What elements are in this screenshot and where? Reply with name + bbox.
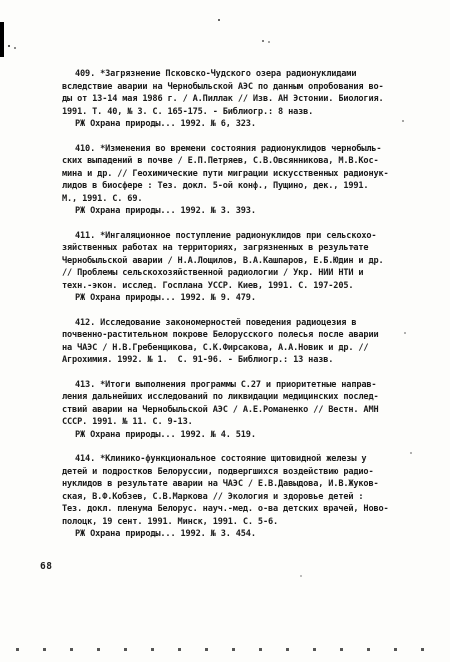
entry-line: ская, В.Ф.Кобзев, С.В.Маркова // Экологи… [62,491,398,504]
scan-artifact-bottom-dots [16,648,440,651]
bibliography-entry-409: 409. *Загрязнение Псковско-Чудского озер… [62,68,398,131]
entry-line: Тез. докл. пленума Белорус. науч.-мед. о… [62,503,398,516]
entry-line: ствий аварии на Чернобыльской АЭС / А.Е.… [62,404,398,417]
abstract-journal-ref-line: РЖ Охрана природы... 1992. № 6, 323. [62,118,398,131]
entry-line: 410. *Изменения во времени состояния рад… [62,143,398,156]
abstract-journal-ref-line: РЖ Охрана природы... 1992. № 9. 479. [62,292,398,305]
entry-line: почвенно-растительном покрове Белорусско… [62,329,398,342]
entry-line: ды от 13-14 мая 1986 г. / А.Пиллак // Из… [62,93,398,106]
entry-line: ских выпадений в почве / Е.П.Петряев, С.… [62,155,398,168]
entry-line: 411. *Ингаляционное поступление радионук… [62,230,398,243]
scan-artifact-specks [0,0,2,2]
entry-line: детей и подростков Белоруссии, подвергши… [62,466,398,479]
entry-line: Агрохимия. 1992. № 1. С. 91-96. - Библио… [62,354,398,367]
bibliography-list: 409. *Загрязнение Псковско-Чудского озер… [62,68,398,553]
entry-line: техн.-экон. исслед. Госплана УССР. Киев,… [62,280,398,293]
entry-line: М., 1991. С. 69. [62,193,398,206]
bibliography-entry-413: 413. *Итоги выполнения программы С.27 и … [62,379,398,442]
scanned-bibliography-page: 409. *Загрязнение Псковско-Чудского озер… [0,0,450,662]
entry-line: полоцк, 19 сент. 1991. Минск, 1991. С. 5… [62,516,398,529]
entry-line: ления дальнейших исследований по ликвида… [62,391,398,404]
entry-line: 414. *Клинико-функциональное состояние щ… [62,453,398,466]
entry-line: вследствие аварии на Чернобыльской АЭС п… [62,81,398,94]
entry-line: зяйственных работах на территориях, загр… [62,242,398,255]
bibliography-entry-414: 414. *Клинико-функциональное состояние щ… [62,453,398,541]
entry-line: Чернобыльской аварии / Н.А.Лощилов, В.А.… [62,255,398,268]
entry-line: нуклидов в результате аварии на ЧАЭС / Е… [62,478,398,491]
entry-line: 409. *Загрязнение Псковско-Чудского озер… [62,68,398,81]
entry-line: на ЧАЭС / Н.В.Гребенщикова, С.К.Фирсаков… [62,342,398,355]
page-number: 68 [40,561,52,572]
bibliography-entry-411: 411. *Ингаляционное поступление радионук… [62,230,398,305]
entry-line: мина и др. // Геохимические пути миграци… [62,168,398,181]
bibliography-entry-412: 412. Исследование закономерностей поведе… [62,317,398,367]
scan-artifact-left-bar [0,22,4,57]
entry-line: // Проблемы сельскохозяйственной радиоло… [62,267,398,280]
abstract-journal-ref-line: РЖ Охрана природы... 1992. № 4. 519. [62,429,398,442]
bibliography-entry-410: 410. *Изменения во времени состояния рад… [62,143,398,218]
entry-line: 1991. Т. 40, № 3. С. 165-175. - Библиогр… [62,106,398,119]
entry-line: лидов в биосфере : Тез. докл. 5-ой конф.… [62,180,398,193]
abstract-journal-ref-line: РЖ Охрана природы... 1992. № 3. 393. [62,205,398,218]
entry-line: 413. *Итоги выполнения программы С.27 и … [62,379,398,392]
abstract-journal-ref-line: РЖ Охрана природы... 1992. № 3. 454. [62,528,398,541]
entry-line: 412. Исследование закономерностей поведе… [62,317,398,330]
entry-line: СССР. 1991. № 11. С. 9-13. [62,416,398,429]
